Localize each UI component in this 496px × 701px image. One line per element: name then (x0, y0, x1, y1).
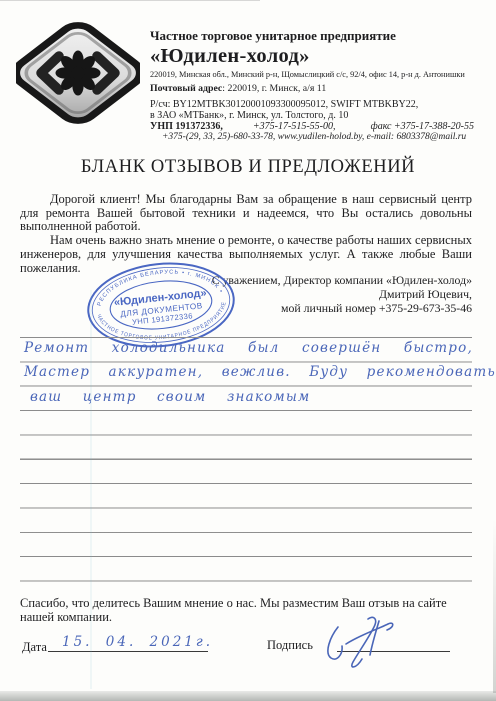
snowflake-icon (56, 51, 101, 96)
review-lines-area: Ремонт холодильника был совершён быстро,… (20, 337, 472, 582)
signature-icon (316, 613, 411, 668)
letterhead: Частное торговое унитарное предприятие «… (16, 20, 474, 142)
mobile-web-row: +375-(29, 33, 25)-680-33-78, www.yudilen… (162, 132, 474, 142)
org-type-line: Частное торговое унитарное предприятие (150, 28, 474, 44)
handwritten-review-line-3: ваш центр своим знакомым (30, 389, 472, 405)
phone-number: +375-17-515-55-00, (253, 121, 336, 132)
date-label: Дата (22, 640, 47, 655)
company-name: «Юдилен-холод» (150, 45, 474, 68)
unp-number: УНП 191372336, (150, 121, 223, 132)
handwritten-signature (316, 613, 411, 673)
document-title: БЛАНК ОТЗЫВОВ И ПРЕДЛОЖЕНИЙ (0, 157, 496, 178)
unp-phone-row: УНП 191372336, +375-17-515-55-00, факс +… (150, 121, 474, 132)
logo-diamond-icon (16, 22, 140, 126)
letterhead-text: Частное торговое унитарное предприятие «… (150, 20, 474, 142)
postal-value: : 220019, г. Минск, а/я 11 (222, 83, 326, 94)
scan-edge-bottom (0, 691, 496, 701)
company-logo (16, 22, 140, 131)
signature-label: Подпись (267, 638, 313, 653)
postal-label: Почтовый адрес (150, 83, 222, 94)
date-underline: 15. 04. 2021г. (48, 626, 208, 652)
website-email: www.yudilen-holod.by, e-mail: 6803378@ma… (278, 132, 467, 142)
bank-account-line: Р/сч: BY12MTBK30120001093300095012, SWIF… (150, 99, 474, 110)
handwritten-date: 15. 04. 2021г. (62, 634, 213, 650)
mobile-phone-number: +375-(29, 33, 25)-680-33-78, (162, 132, 275, 142)
body-text: Дорогой клиент! Мы благодарны Вам за обр… (20, 193, 472, 275)
scan-artifact-line (90, 290, 92, 689)
scan-edge-top (0, 0, 260, 1)
postal-address: Почтовый адрес: 220019, г. Минск, а/я 11 (150, 83, 474, 94)
intro-paragraph: Дорогой клиент! Мы благодарны Вам за обр… (20, 193, 472, 234)
fax-number: факс +375-17-388-20-55 (371, 121, 474, 132)
scanned-feedback-form: Частное торговое унитарное предприятие «… (0, 0, 496, 701)
bank-name-line: в ЗАО «МТБанк», г. Минск, ул. Толстого, … (150, 110, 474, 121)
company-address: 220019, Минская обл., Минский р-н, Щомыс… (150, 70, 474, 79)
